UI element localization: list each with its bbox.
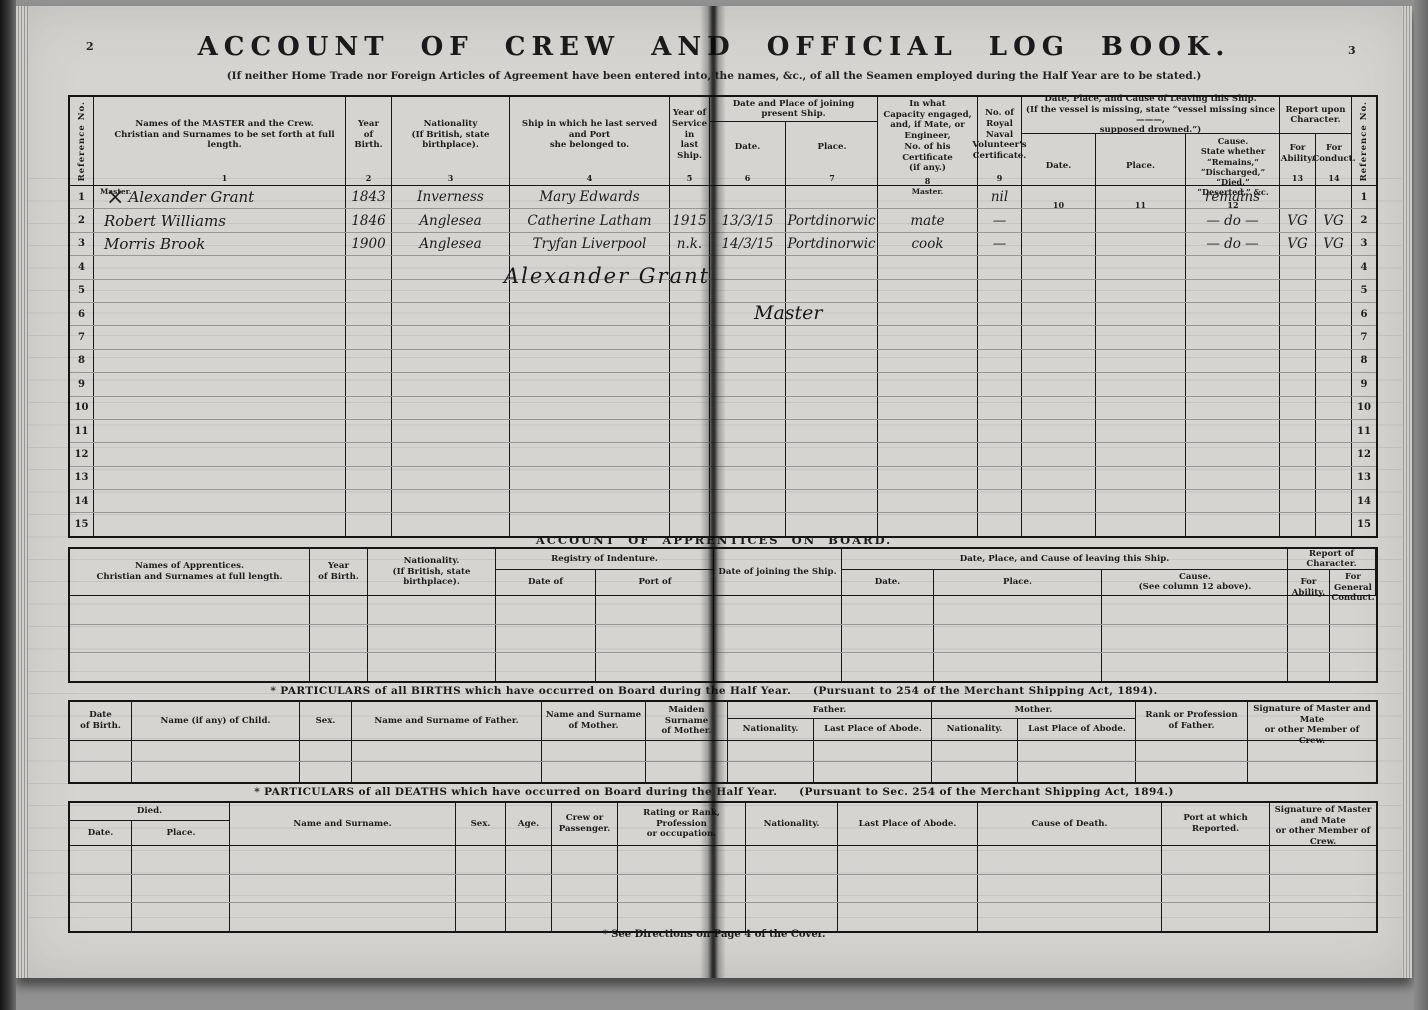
crew-cell-join_date: [710, 256, 786, 278]
document-title: ACCOUNT OF CREW AND OFFICIAL LOG BOOK.: [16, 32, 1412, 62]
crew-cell-no: 1: [70, 186, 94, 208]
deaths-cell: [506, 903, 552, 931]
crew-cell-leave_place: [1096, 326, 1186, 348]
deaths-cell: [1162, 903, 1270, 931]
births-cell: [300, 762, 352, 782]
crew-cell-yos: [670, 373, 710, 395]
master-signature: Alexander Grant: [504, 264, 710, 288]
apprentices-header-report-group: Report of Character. For Ability. For Ge…: [1288, 549, 1376, 595]
apprentices-header-registry-group: Registry of Indenture. Date of Port of: [496, 549, 714, 595]
crew-cell-conduct: [1316, 280, 1352, 302]
crew-cell-ship: [510, 490, 670, 512]
crew-cell-name: [94, 397, 346, 419]
deaths-header-crew-or-passenger: Crew or Passenger.: [552, 803, 618, 845]
apprentice-cell: [714, 625, 842, 653]
crew-cell-join_date: [710, 280, 786, 302]
crew-table-body: 1Master.×Alexander Grant1843InvernessMar…: [70, 186, 1376, 536]
crew-cell-conduct: VG: [1316, 233, 1352, 255]
crew-header-reference-left: Reference No.: [70, 97, 94, 185]
crew-cell-yob: [346, 467, 392, 489]
births-cell: [646, 762, 728, 782]
deaths-cell: [70, 875, 132, 903]
printed-master-label: Master.: [878, 187, 977, 196]
births-table: Date of Birth. Name (if any) of Child. S…: [68, 700, 1378, 784]
crew-cell-nationality: [392, 420, 510, 442]
crew-cell-yos: 1915: [670, 209, 710, 231]
crew-cell-no: 3: [1352, 233, 1376, 255]
crew-cell-no: 2: [70, 209, 94, 231]
crew-cell-yos: [670, 326, 710, 348]
deaths-cell: [552, 903, 618, 931]
crew-cell-name: [94, 280, 346, 302]
crew-cell-join_place: [786, 420, 878, 442]
crew-cell-yob: 1846: [346, 209, 392, 231]
crew-cell-leave_date: [1022, 209, 1096, 231]
crew-cell-ship: [510, 326, 670, 348]
crew-cell-leave_place: [1096, 443, 1186, 465]
deaths-cell: [230, 846, 456, 874]
crew-cell-ability: [1280, 350, 1316, 372]
crew-cell-no: 4: [1352, 256, 1376, 278]
crew-cell-yob: [346, 373, 392, 395]
crew-cell-join_place: [786, 443, 878, 465]
deaths-header-place: Place.: [132, 821, 230, 845]
apprentices-table: Names of Apprentices. Christian and Surn…: [68, 547, 1378, 683]
crew-cell-no: 2: [1352, 209, 1376, 231]
births-header-mother-name: Name and Surname of Mother.: [542, 702, 646, 740]
crew-cell-nationality: [392, 350, 510, 372]
apprentice-cell: [596, 625, 714, 653]
crew-cell-conduct: [1316, 443, 1352, 465]
deaths-cell: [70, 846, 132, 874]
crew-row: 1414: [70, 490, 1376, 513]
crew-cell-conduct: VG: [1316, 209, 1352, 231]
crew-cell-name: [94, 326, 346, 348]
deaths-cell: [838, 846, 978, 874]
crew-cell-capacity: [878, 443, 978, 465]
crew-cell-yos: [670, 420, 710, 442]
deaths-cell: [1270, 875, 1376, 903]
deaths-cell: [746, 903, 838, 931]
births-cell: [70, 741, 132, 761]
deaths-header-signature: Signature of Master and Mate or other Me…: [1270, 803, 1376, 845]
apprentice-cell: [70, 625, 310, 653]
crew-cell-join_date: [710, 350, 786, 372]
crew-cell-no: 6: [70, 303, 94, 325]
crew-cell-leave_date: [1022, 397, 1096, 419]
crew-cell-join_place: [786, 350, 878, 372]
crew-cell-leave_place: [1096, 256, 1186, 278]
births-cell: [1248, 762, 1376, 782]
crew-cell-join_date: [710, 467, 786, 489]
crew-row: 77: [70, 326, 1376, 349]
apprentices-header-registry-port: Port of: [596, 570, 714, 595]
crew-cell-ship: [510, 420, 670, 442]
crew-cell-conduct: [1316, 467, 1352, 489]
crew-cell-ship: Catherine Latham: [510, 209, 670, 231]
deaths-cell: [618, 846, 746, 874]
crew-cell-rnv: [978, 467, 1022, 489]
deaths-cell: [1162, 875, 1270, 903]
crew-header-names: Names of the MASTER and the Crew. Christ…: [94, 97, 346, 185]
deaths-cell: [1162, 846, 1270, 874]
births-header-mother-nationality: Nationality.: [932, 719, 1018, 740]
births-header-sex: Sex.: [300, 702, 352, 740]
apprentice-cell: [1102, 653, 1288, 681]
crew-cell-rnv: [978, 373, 1022, 395]
page-footnote: * See Directions on Page 4 of the Cover.: [16, 929, 1412, 940]
logbook-spread: 2 3 ACCOUNT OF CREW AND OFFICIAL LOG BOO…: [16, 6, 1412, 978]
printed-master-label: Master.: [100, 187, 132, 196]
deaths-cell: [230, 903, 456, 931]
crew-cell-rnv: nil: [978, 186, 1022, 208]
crew-cell-capacity: [878, 303, 978, 325]
deaths-cell: [838, 875, 978, 903]
deaths-cell: [978, 875, 1162, 903]
deaths-title: * PARTICULARS of all DEATHS which have o…: [16, 786, 1412, 798]
crew-header-join-place: Place.7: [786, 122, 878, 185]
births-header-mother-group: Mother. Nationality. Last Place of Abode…: [932, 702, 1136, 740]
crew-cell-join_place: [786, 326, 878, 348]
deaths-cell: [746, 846, 838, 874]
crew-cell-capacity: [878, 350, 978, 372]
crew-row: 99: [70, 373, 1376, 396]
crew-cell-no: 13: [1352, 467, 1376, 489]
births-row: [70, 741, 1376, 762]
crew-cell-conduct: [1316, 397, 1352, 419]
apprentice-cell: [934, 596, 1102, 624]
crew-cell-leave_date: [1022, 256, 1096, 278]
apprentices-header-leave-cause: Cause. (See column 12 above).: [1102, 570, 1288, 595]
crew-cell-leave_place: [1096, 397, 1186, 419]
crew-cell-name: [94, 443, 346, 465]
crew-cell-rnv: —: [978, 233, 1022, 255]
crew-cell-join_place: Portdinorwic: [786, 233, 878, 255]
deaths-cell: [506, 875, 552, 903]
apprentice-row: [70, 653, 1376, 681]
apprentice-cell: [1330, 596, 1376, 624]
deaths-header-age: Age.: [506, 803, 552, 845]
births-header-maiden-surname: Maiden Surname of Mother.: [646, 702, 728, 740]
crew-cell-nationality: [392, 373, 510, 395]
crew-cell-no: 8: [1352, 350, 1376, 372]
crew-cell-capacity: cook: [878, 233, 978, 255]
crew-header-joining-group: Date and Place of joining present Ship. …: [710, 97, 878, 185]
deaths-cell: [618, 875, 746, 903]
births-cell: [70, 762, 132, 782]
crew-cell-cause: [1186, 443, 1280, 465]
crew-table: Reference No. Names of the MASTER and th…: [68, 95, 1378, 538]
births-cell: [814, 741, 932, 761]
crew-cell-no: 10: [70, 397, 94, 419]
crew-row: 66: [70, 303, 1376, 326]
crew-cell-capacity: [878, 326, 978, 348]
crew-header-leaving-group: Date, Place, and Cause of Leaving this S…: [1022, 97, 1280, 185]
apprentice-cell: [842, 596, 934, 624]
document-subtitle: (If neither Home Trade nor Foreign Artic…: [16, 70, 1412, 82]
deaths-cell: [70, 903, 132, 931]
deaths-cell: [838, 903, 978, 931]
apprentices-header-nationality: Nationality. (If British, state birthpla…: [368, 549, 496, 595]
deaths-header-abode: Last Place of Abode.: [838, 803, 978, 845]
crew-cell-yos: [670, 397, 710, 419]
crew-header-capacity: In what Capacity engaged, and, if Mate, …: [878, 97, 978, 185]
deaths-header-name: Name and Surname.: [230, 803, 456, 845]
crew-header-nationality: Nationality (If British, state birthplac…: [392, 97, 510, 185]
apprentices-header-registry-date: Date of: [496, 570, 596, 595]
crew-cell-no: 12: [70, 443, 94, 465]
births-header-father-group: Father. Nationality. Last Place of Abode…: [728, 702, 932, 740]
apprentices-header-leave-date: Date.: [842, 570, 934, 595]
deaths-cell: [456, 875, 506, 903]
deaths-header-sex: Sex.: [456, 803, 506, 845]
crew-cell-conduct: [1316, 490, 1352, 512]
master-signature-role: Master: [754, 302, 823, 324]
apprentice-row: [70, 625, 1376, 654]
crew-cell-leave_date: [1022, 186, 1096, 208]
crew-cell-no: 12: [1352, 443, 1376, 465]
births-cell: [728, 762, 814, 782]
crew-cell-no: 5: [70, 280, 94, 302]
crew-cell-join_date: [710, 326, 786, 348]
crew-cell-join_date: 13/3/15: [710, 209, 786, 231]
births-cell: [932, 741, 1018, 761]
crew-cell-nationality: [392, 303, 510, 325]
crew-cell-no: 9: [1352, 373, 1376, 395]
crew-cell-name: Morris Brook: [94, 233, 346, 255]
births-cell: [352, 762, 542, 782]
crew-cell-yos: [670, 303, 710, 325]
crew-cell-nationality: [392, 397, 510, 419]
apprentice-cell: [1102, 625, 1288, 653]
crew-cell-join_date: 14/3/15: [710, 233, 786, 255]
apprentices-header-names: Names of Apprentices. Christian and Surn…: [70, 549, 310, 595]
deaths-table-header: Died. Date. Place. Name and Surname. Sex…: [70, 803, 1376, 846]
deaths-row: [70, 903, 1376, 931]
apprentice-cell: [496, 596, 596, 624]
crew-cell-ability: [1280, 373, 1316, 395]
crew-cell-capacity: [878, 397, 978, 419]
crew-cell-capacity: Master.: [878, 186, 978, 208]
crew-cell-yob: [346, 490, 392, 512]
crew-header-year-of-birth: Year of Birth.2: [346, 97, 392, 185]
crew-cell-yos: [670, 443, 710, 465]
crew-cell-join_place: [786, 397, 878, 419]
deaths-header-nationality: Nationality.: [746, 803, 838, 845]
crew-cell-join_place: [786, 467, 878, 489]
deaths-header-rating: Rating or Rank, Profession or occupation…: [618, 803, 746, 845]
crew-cell-name: [94, 467, 346, 489]
apprentice-cell: [70, 653, 310, 681]
deaths-cell: [978, 846, 1162, 874]
deaths-header-port-reported: Port at which Reported.: [1162, 803, 1270, 845]
crew-cell-ship: Mary Edwards: [510, 186, 670, 208]
apprentice-cell: [496, 653, 596, 681]
apprentice-cell: [596, 653, 714, 681]
crew-header-year-of-service: Year of Service in last Ship.5: [670, 97, 710, 185]
crew-cell-no: 9: [70, 373, 94, 395]
deaths-cell: [1270, 846, 1376, 874]
crew-cell-nationality: [392, 467, 510, 489]
crew-cell-yob: [346, 443, 392, 465]
births-header-signature: Signature of Master and Mate or other Me…: [1248, 702, 1376, 740]
crew-header-for-ability: For Ability.13: [1280, 134, 1316, 185]
deaths-table: Died. Date. Place. Name and Surname. Sex…: [68, 801, 1378, 933]
crew-cell-ship: [510, 467, 670, 489]
births-table-body: [70, 741, 1376, 782]
births-cell: [542, 762, 646, 782]
crew-cell-cause: [1186, 373, 1280, 395]
deaths-cell: [552, 875, 618, 903]
crew-cell-ability: [1280, 397, 1316, 419]
crew-row: 1Master.×Alexander Grant1843InvernessMar…: [70, 186, 1376, 209]
deaths-row: [70, 846, 1376, 875]
deaths-table-body: [70, 846, 1376, 931]
crew-cell-rnv: [978, 420, 1022, 442]
crew-cell-nationality: Anglesea: [392, 209, 510, 231]
crew-cell-yob: [346, 397, 392, 419]
crew-cell-no: 14: [1352, 490, 1376, 512]
crew-cell-leave_date: [1022, 443, 1096, 465]
births-title: * PARTICULARS of all BIRTHS which have o…: [16, 685, 1412, 697]
crew-cell-leave_place: [1096, 209, 1186, 231]
deaths-cell: [132, 875, 230, 903]
births-cell: [132, 741, 300, 761]
crew-cell-cause: [1186, 467, 1280, 489]
crew-cell-join_date: [710, 420, 786, 442]
apprentices-header-leave-place: Place.: [934, 570, 1102, 595]
crew-cell-nationality: Inverness: [392, 186, 510, 208]
apprentice-cell: [368, 596, 496, 624]
crew-header-for-conduct: For Conduct.14: [1316, 134, 1352, 185]
crew-cell-rnv: [978, 256, 1022, 278]
crew-cell-yos: n.k.: [670, 233, 710, 255]
deaths-header-cause: Cause of Death.: [978, 803, 1162, 845]
crew-cell-yob: [346, 420, 392, 442]
crew-cell-cause: [1186, 326, 1280, 348]
apprentice-cell: [368, 625, 496, 653]
apprentice-cell: [1288, 653, 1330, 681]
crew-cell-no: 14: [70, 490, 94, 512]
apprentice-cell: [70, 596, 310, 624]
births-cell: [1136, 741, 1248, 761]
births-cell: [352, 741, 542, 761]
crew-header-join-date: Date.6: [710, 122, 786, 185]
crew-row: 1010: [70, 397, 1376, 420]
apprentice-row: [70, 596, 1376, 625]
crew-cell-leave_date: [1022, 420, 1096, 442]
crew-cell-join_date: [710, 490, 786, 512]
apprentices-table-header: Names of Apprentices. Christian and Surn…: [70, 549, 1376, 596]
births-cell: [1136, 762, 1248, 782]
crew-cell-rnv: [978, 326, 1022, 348]
deaths-cell: [456, 903, 506, 931]
apprentices-header-year-of-birth: Year of Birth.: [310, 549, 368, 595]
crew-cell-yob: [346, 303, 392, 325]
crew-cell-ability: [1280, 186, 1316, 208]
page-edges-left: [16, 6, 28, 978]
crew-cell-leave_date: [1022, 303, 1096, 325]
crew-cell-ability: [1280, 467, 1316, 489]
crew-cell-conduct: [1316, 373, 1352, 395]
crew-cell-leave_place: [1096, 467, 1186, 489]
apprentice-cell: [368, 653, 496, 681]
crew-cell-yob: [346, 350, 392, 372]
births-header-date-of-birth: Date of Birth.: [70, 702, 132, 740]
births-cell: [132, 762, 300, 782]
crew-cell-name: [94, 490, 346, 512]
apprentice-cell: [1288, 625, 1330, 653]
crew-cell-name: Master.×Alexander Grant: [94, 186, 346, 208]
apprentice-cell: [310, 625, 368, 653]
crew-cell-leave_place: [1096, 186, 1186, 208]
births-cell: [1018, 762, 1136, 782]
crew-cell-ship: [510, 443, 670, 465]
crew-cell-yob: 1843: [346, 186, 392, 208]
crew-cell-nationality: [392, 256, 510, 278]
crew-cell-rnv: [978, 490, 1022, 512]
births-header-rank: Rank or Profession of Father.: [1136, 702, 1248, 740]
crew-cell-capacity: [878, 490, 978, 512]
crew-cell-yos: [670, 186, 710, 208]
crew-cell-ability: [1280, 420, 1316, 442]
crew-cell-join_place: [786, 373, 878, 395]
crew-cell-join_place: [786, 186, 878, 208]
crew-row: 1111: [70, 420, 1376, 443]
crew-cell-no: 11: [70, 420, 94, 442]
deaths-cell: [506, 846, 552, 874]
births-cell: [814, 762, 932, 782]
births-row: [70, 762, 1376, 782]
crew-cell-ability: [1280, 443, 1316, 465]
crew-table-header: Reference No. Names of the MASTER and th…: [70, 97, 1376, 186]
crew-cell-leave_place: [1096, 303, 1186, 325]
crew-cell-join_date: [710, 373, 786, 395]
deaths-cell: [618, 903, 746, 931]
births-header-child-name: Name (if any) of Child.: [132, 702, 300, 740]
apprentice-cell: [714, 596, 842, 624]
apprentices-header-joining: Date of joining the Ship.: [714, 549, 842, 595]
apprentice-cell: [842, 653, 934, 681]
crew-cell-cause: [1186, 420, 1280, 442]
deaths-cell: [552, 846, 618, 874]
crew-cell-ability: [1280, 280, 1316, 302]
apprentice-cell: [934, 653, 1102, 681]
crew-cell-cause: [1186, 280, 1280, 302]
births-header-father-nationality: Nationality.: [728, 719, 814, 740]
deaths-header-died-group: Died. Date. Place.: [70, 803, 230, 845]
crew-cell-ship: [510, 303, 670, 325]
crew-row: 1313: [70, 467, 1376, 490]
births-cell: [1248, 741, 1376, 761]
crew-cell-conduct: [1316, 350, 1352, 372]
crew-cell-leave_date: [1022, 233, 1096, 255]
crew-cell-yob: [346, 280, 392, 302]
crew-cell-no: 10: [1352, 397, 1376, 419]
crew-header-reference-right: Reference No.: [1352, 97, 1376, 185]
crew-cell-cause: — do —: [1186, 233, 1280, 255]
crew-header-rnv-certificate: No. of Royal Naval Volunteer's Certifica…: [978, 97, 1022, 185]
apprentice-cell: [1330, 653, 1376, 681]
crew-cell-join_place: [786, 490, 878, 512]
crew-cell-cause: [1186, 490, 1280, 512]
deaths-cell: [132, 903, 230, 931]
crew-cell-join_date: [710, 443, 786, 465]
deaths-cell: [1270, 903, 1376, 931]
crew-cell-nationality: [392, 490, 510, 512]
crew-cell-no: 3: [70, 233, 94, 255]
deaths-cell: [456, 846, 506, 874]
